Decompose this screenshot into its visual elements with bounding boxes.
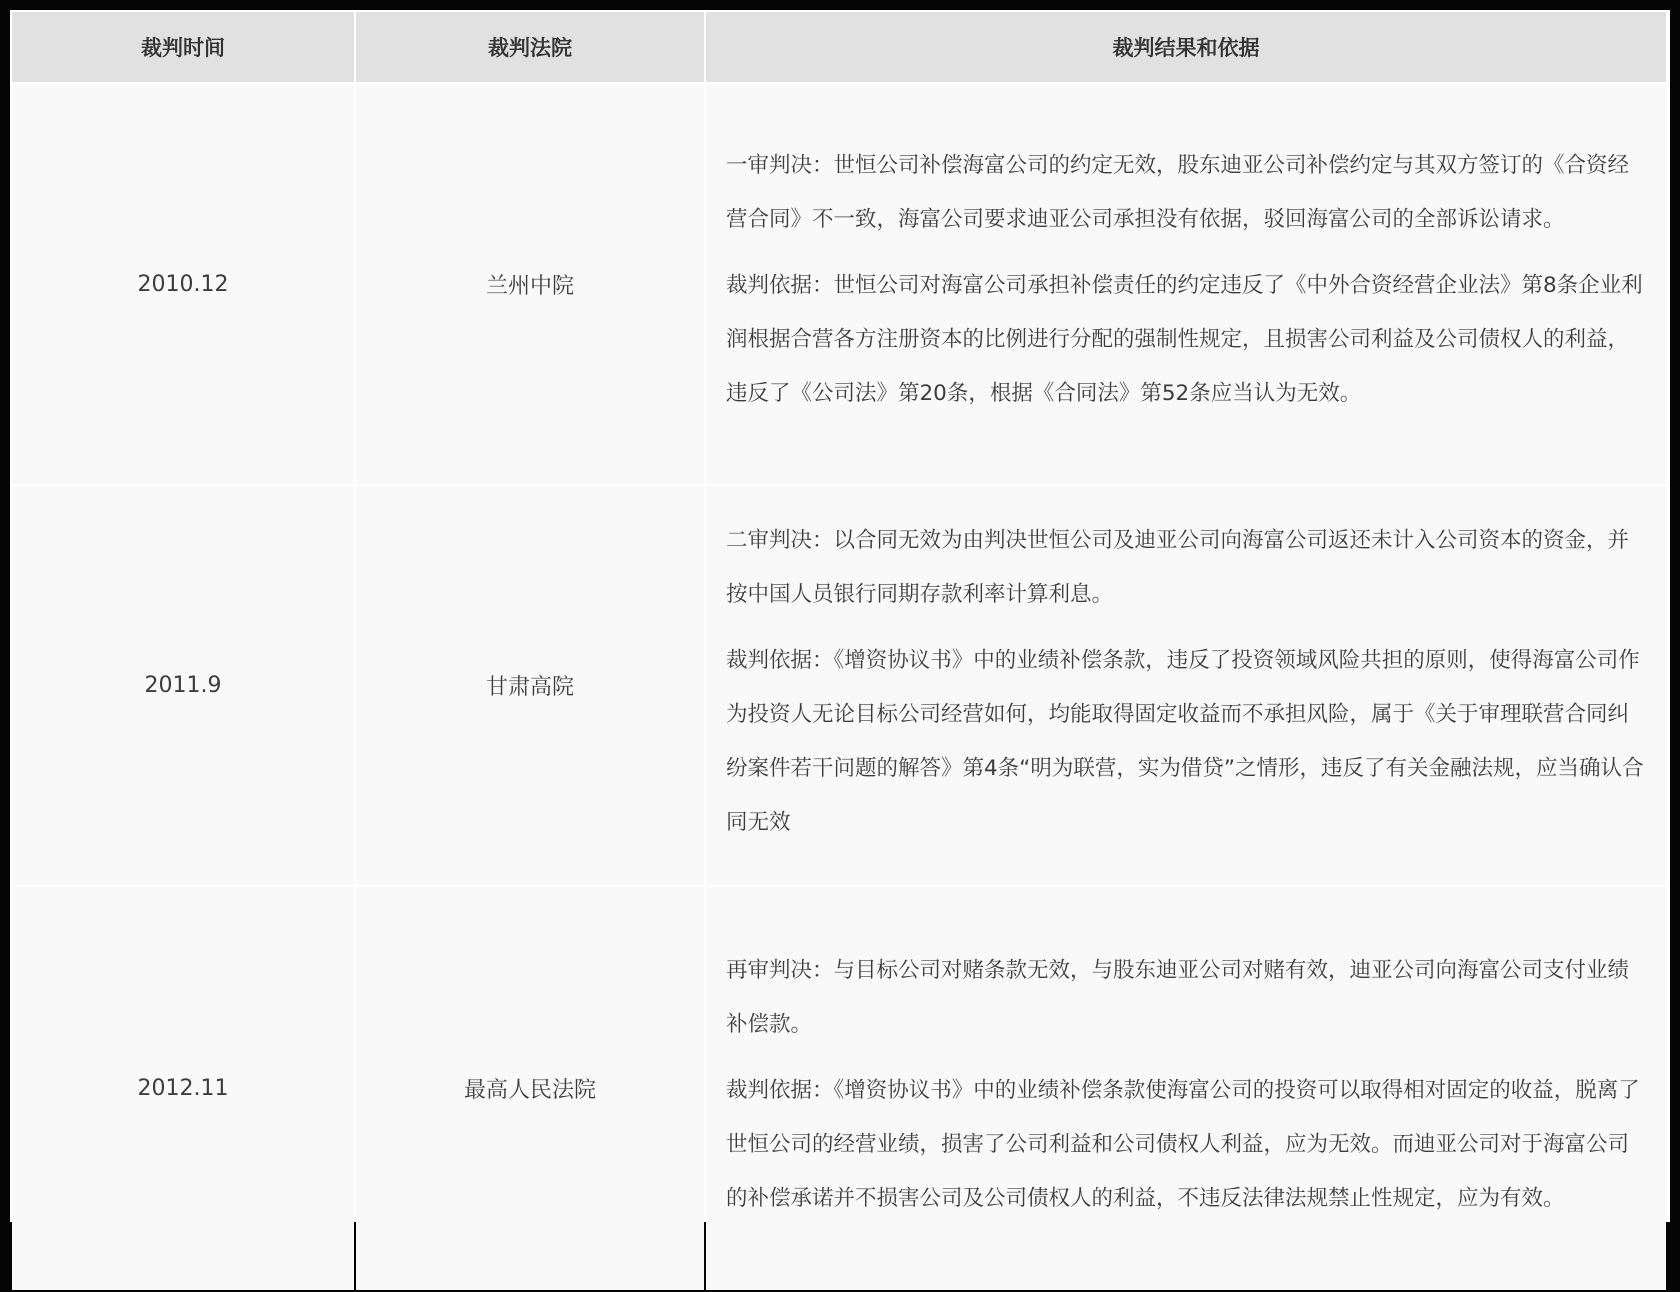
judgment-text: 二审判决：以合同无效为由判决世恒公司及迪亚公司向海富公司返还未计入公司资本的资金…	[726, 514, 1646, 622]
cell-court: 最高人民法院	[356, 887, 704, 1232]
header-judgment-time: 裁判时间	[12, 12, 354, 82]
judgment-table: 裁判时间 裁判法院 裁判结果和依据 2010.12 兰州中院 一审判决：世恒公司…	[10, 10, 1668, 1232]
table-row: 2011.9 甘肃高院 二审判决：以合同无效为由判决世恒公司及迪亚公司向海富公司…	[12, 486, 1666, 885]
cell-time: 2010.12	[12, 84, 354, 484]
table-row: 2012.11 最高人民法院 再审判决：与目标公司对赌条款无效，与股东迪亚公司对…	[12, 887, 1666, 1232]
table-frame: 裁判时间 裁判法院 裁判结果和依据 2010.12 兰州中院 一审判决：世恒公司…	[10, 10, 1670, 1222]
header-judgment-court: 裁判法院	[356, 12, 704, 82]
cell-time: 2011.9	[12, 486, 354, 885]
header-judgment-result: 裁判结果和依据	[706, 12, 1666, 82]
table-row: 2010.12 兰州中院 一审判决：世恒公司补偿海富公司的约定无效，股东迪亚公司…	[12, 84, 1666, 484]
cell-result: 一审判决：世恒公司补偿海富公司的约定无效，股东迪亚公司补偿约定与其双方签订的《合…	[706, 84, 1666, 484]
cell-time: 2012.11	[12, 887, 354, 1232]
cell-court: 甘肃高院	[356, 486, 704, 885]
judgment-text: 再审判决：与目标公司对赌条款无效，与股东迪亚公司对赌有效，迪亚公司向海富公司支付…	[726, 944, 1646, 1052]
basis-text: 裁判依据：《增资协议书》中的业绩补偿条款，违反了投资领域风险共担的原则，使得海富…	[726, 634, 1646, 850]
cell-court: 兰州中院	[356, 84, 704, 484]
cell-result: 再审判决：与目标公司对赌条款无效，与股东迪亚公司对赌有效，迪亚公司向海富公司支付…	[706, 887, 1666, 1232]
judgment-text: 一审判决：世恒公司补偿海富公司的约定无效，股东迪亚公司补偿约定与其双方签订的《合…	[726, 139, 1646, 247]
cell-result: 二审判决：以合同无效为由判决世恒公司及迪亚公司向海富公司返还未计入公司资本的资金…	[706, 486, 1666, 885]
table-header-row: 裁判时间 裁判法院 裁判结果和依据	[12, 12, 1666, 82]
basis-text: 裁判依据：世恒公司对海富公司承担补偿责任的约定违反了《中外合资经营企业法》第8条…	[726, 259, 1646, 421]
basis-text: 裁判依据：《增资协议书》中的业绩补偿条款使海富公司的投资可以取得相对固定的收益，…	[726, 1064, 1646, 1226]
